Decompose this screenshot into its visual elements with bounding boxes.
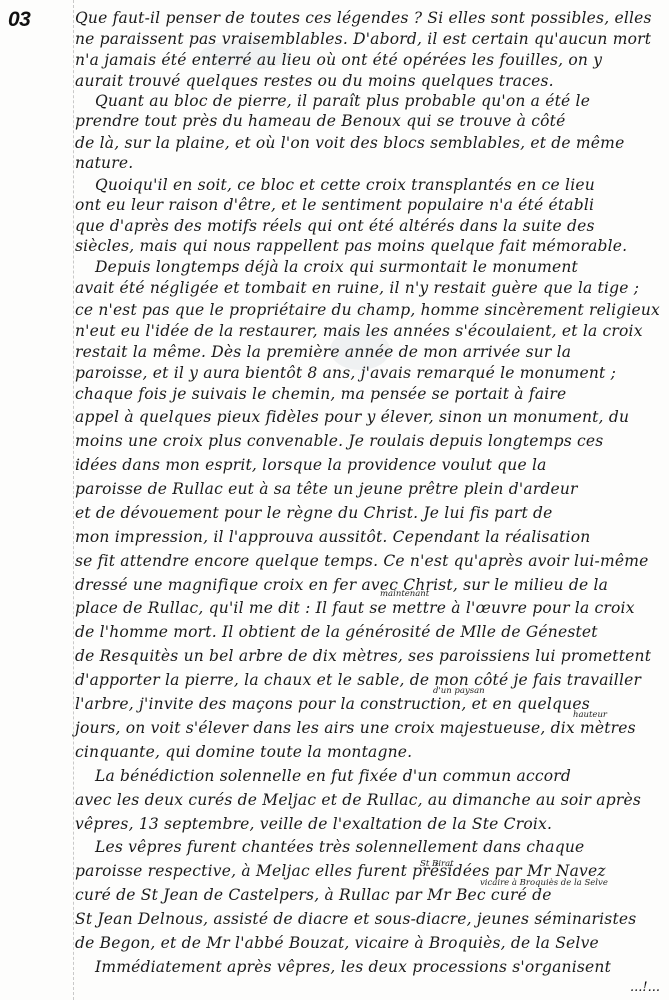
manuscript-line: siècles, mais qui nous rappellent pas mo… bbox=[75, 237, 627, 255]
page-number: 03 bbox=[8, 8, 30, 32]
manuscript-line: vêpres, 13 septembre, veille de l'exalta… bbox=[75, 815, 552, 833]
continuation-mark: ...!... bbox=[630, 980, 660, 995]
manuscript-page: 03 Que faut-il penser de toutes ces lége… bbox=[0, 0, 669, 1000]
interlinear-note: vicaire à Broquiès de la Selve bbox=[480, 878, 608, 888]
manuscript-line: Depuis longtemps déjà la croix qui surmo… bbox=[95, 258, 578, 276]
manuscript-line: ont eu leur raison d'être, et le sentime… bbox=[75, 196, 594, 214]
manuscript-line: prendre tout près du hameau de Benoux qu… bbox=[75, 112, 565, 130]
manuscript-line: de l'homme mort. Il obtient de la généro… bbox=[75, 623, 598, 641]
manuscript-line: de là, sur la plaine, et où l'on voit de… bbox=[75, 134, 624, 152]
manuscript-line: Quoiqu'il en soit, ce bloc et cette croi… bbox=[95, 176, 595, 194]
manuscript-line: Que faut-il penser de toutes ces légende… bbox=[75, 9, 652, 27]
manuscript-line: avait été négligée et tombait en ruine, … bbox=[75, 279, 639, 297]
interlinear-note: St Rirat bbox=[420, 859, 454, 869]
manuscript-line: La bénédiction solennelle en fut fixée d… bbox=[95, 767, 571, 785]
manuscript-line: restait la même. Dès la première année d… bbox=[75, 343, 571, 361]
interlinear-note: maintenant bbox=[380, 589, 429, 599]
manuscript-line: chaque fois je suivais le chemin, ma pen… bbox=[75, 385, 566, 403]
manuscript-line: de Resquitès un bel arbre de dix mètres,… bbox=[75, 647, 651, 665]
manuscript-line: se fit attendre encore quelque temps. Ce… bbox=[75, 552, 649, 570]
manuscript-line: curé de St Jean de Castelpers, à Rullac … bbox=[75, 886, 552, 904]
manuscript-line: aurait trouvé quelques restes ou du moin… bbox=[75, 72, 554, 90]
manuscript-line: mon impression, il l'approuva aussitôt. … bbox=[75, 528, 590, 546]
manuscript-line: paroisse, et il y aura bientôt 8 ans, j'… bbox=[75, 364, 616, 382]
interlinear-note: d'un paysan bbox=[433, 686, 485, 696]
manuscript-line: que d'après des motifs réels qui ont été… bbox=[75, 217, 595, 235]
manuscript-line: Les vêpres furent chantées très solennel… bbox=[95, 838, 584, 856]
manuscript-line: n'a jamais été enterré au lieu où ont ét… bbox=[75, 51, 602, 69]
manuscript-line: St Jean Delnous, assisté de diacre et so… bbox=[75, 910, 636, 928]
interlinear-note: hauteur bbox=[573, 710, 607, 720]
manuscript-line: idées dans mon esprit, lorsque la provid… bbox=[75, 456, 547, 474]
manuscript-line: appel à quelques pieux fidèles pour y él… bbox=[75, 408, 629, 426]
manuscript-line: jours, on voit s'élever dans les airs un… bbox=[75, 719, 636, 737]
manuscript-line: dressé une magnifique croix en fer avec … bbox=[75, 576, 608, 594]
manuscript-line: n'eut eu l'idée de la restaurer, mais le… bbox=[75, 322, 643, 340]
manuscript-line: place de Rullac, qu'il me dit : Il faut … bbox=[75, 599, 635, 617]
manuscript-line: nature. bbox=[75, 154, 133, 172]
manuscript-line: Quant au bloc de pierre, il paraît plus … bbox=[95, 92, 590, 110]
manuscript-line: avec les deux curés de Meljac et de Rull… bbox=[75, 791, 641, 809]
manuscript-line: Immédiatement après vêpres, les deux pro… bbox=[95, 958, 611, 976]
margin-rule bbox=[73, 0, 74, 1000]
manuscript-line: de Begon, et de Mr l'abbé Bouzat, vicair… bbox=[75, 934, 599, 952]
manuscript-line: cinquante, qui domine toute la montagne. bbox=[75, 743, 412, 761]
manuscript-line: paroisse de Rullac eut à sa tête un jeun… bbox=[75, 480, 578, 498]
manuscript-line: et de dévouement pour le règne du Christ… bbox=[75, 504, 553, 522]
manuscript-line: ne paraissent pas vraisemblables. D'abor… bbox=[75, 30, 651, 48]
manuscript-line: l'arbre, j'invite des maçons pour la con… bbox=[75, 695, 590, 713]
manuscript-line: moins une croix plus convenable. Je roul… bbox=[75, 432, 603, 450]
manuscript-line: d'apporter la pierre, la chaux et le sab… bbox=[75, 671, 641, 689]
manuscript-line: ce n'est pas que le propriétaire du cham… bbox=[75, 301, 660, 319]
